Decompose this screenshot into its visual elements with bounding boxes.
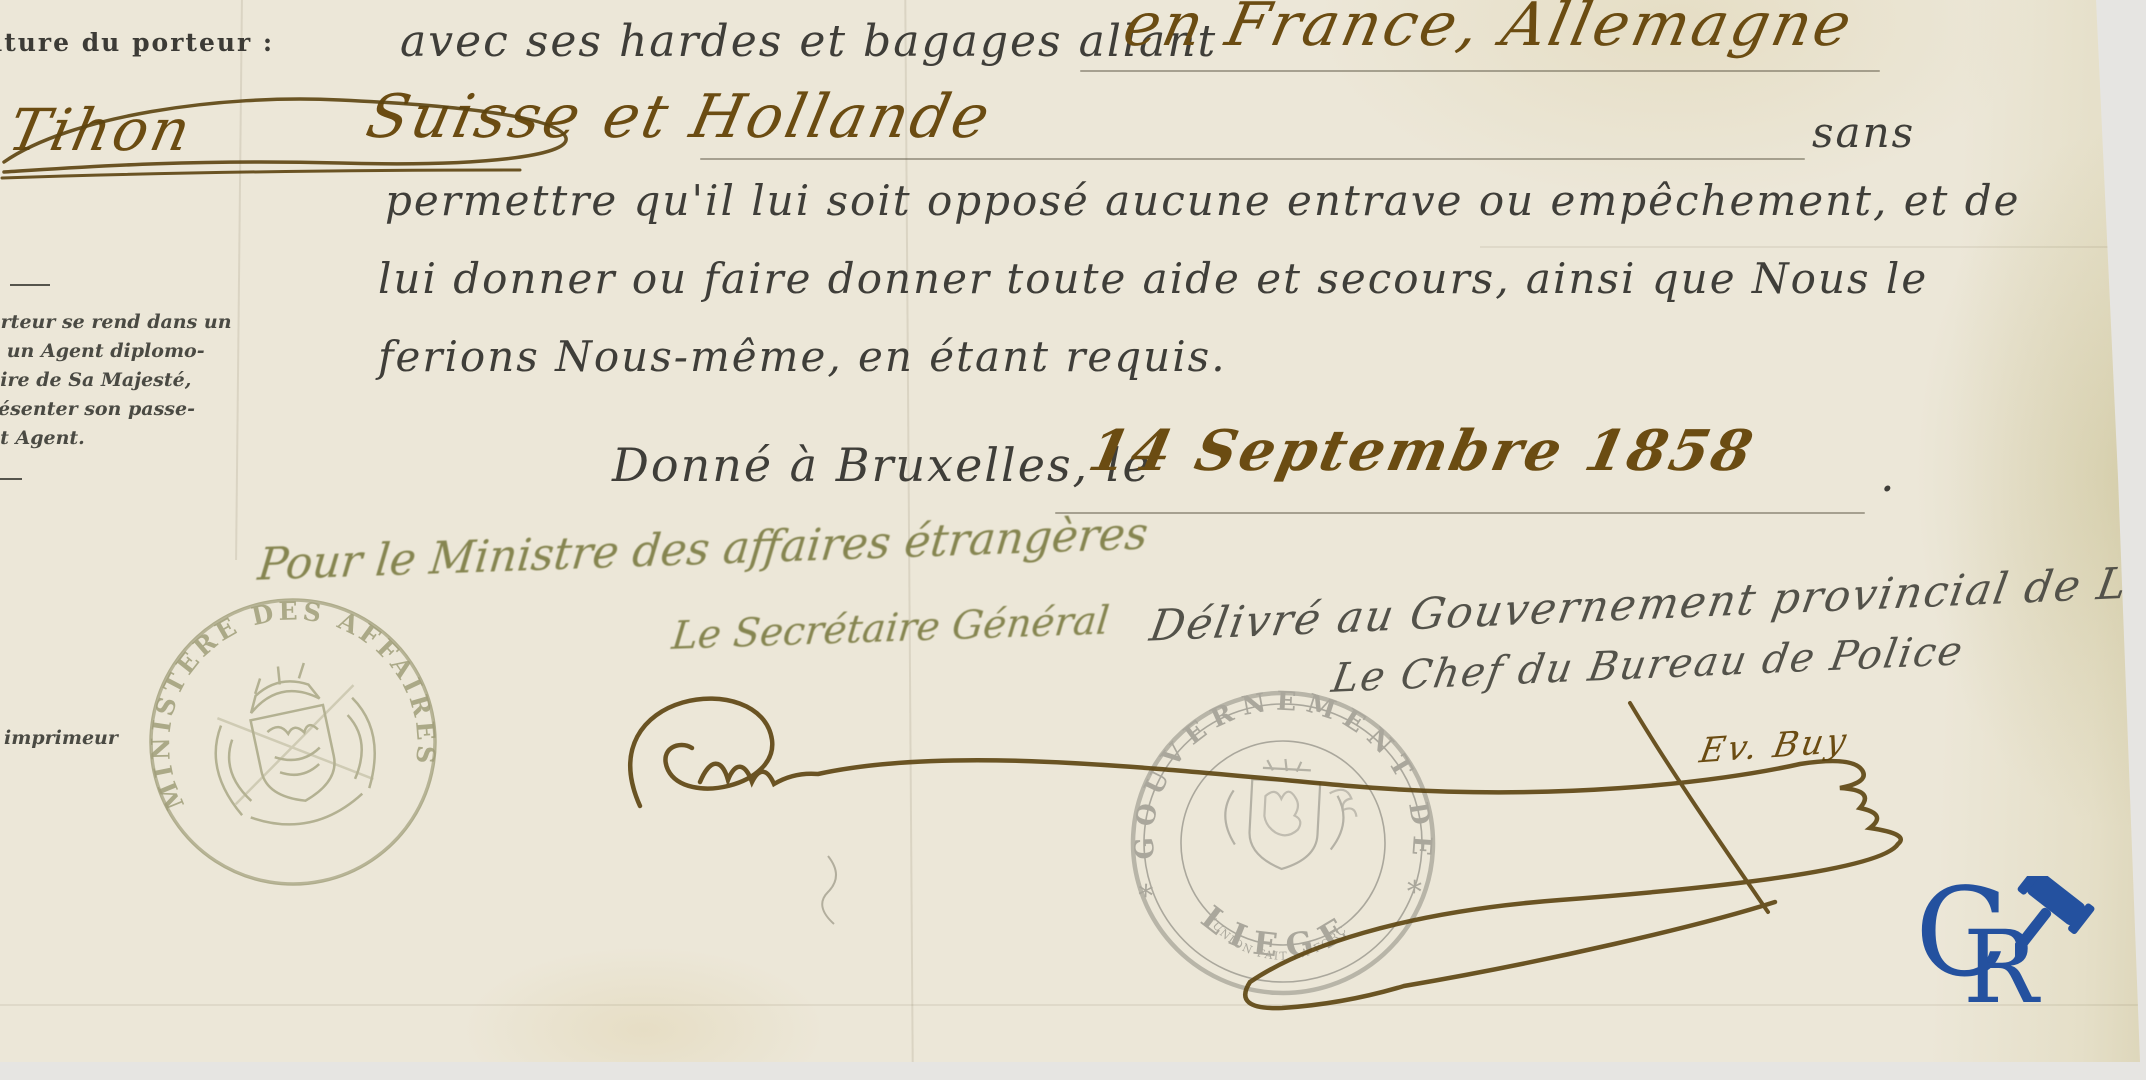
margin-note-line: aire de Sa Majesté,	[0, 366, 232, 395]
body-line2-printed: sans	[1812, 108, 1915, 157]
body-line2-handwritten: Suisse et Hollande	[361, 82, 999, 152]
body-line1-printed: avec ses hardes et bagages allant	[400, 16, 1217, 67]
margin-divider	[10, 284, 50, 286]
gavel-icon	[2015, 876, 2125, 976]
margin-note-line: e un Agent diplomo-	[0, 337, 232, 366]
dateline-handwritten: 14 Septembre 1858	[1083, 418, 1761, 484]
ruled-blank-line	[700, 158, 1805, 160]
fold-crease	[1480, 246, 2120, 248]
passport-document: ature du porteur : Tihon orteur se rend …	[0, 0, 2146, 1062]
body-line4: lui donner ou faire donner toute aide et…	[378, 254, 1928, 303]
dateline-period: .	[1880, 448, 1897, 502]
bearer-signature-label: ature du porteur :	[0, 28, 274, 57]
belgian-coat-of-arms	[199, 650, 388, 839]
svg-text:GOUVERNEMENT DE PROVINCE: GOUVERNEMENT DE PROVINCE	[1104, 664, 1446, 887]
liege-stamp-top-arc: GOUVERNEMENT DE PROVINCE	[1104, 664, 1446, 887]
photo-background: ature du porteur : Tihon orteur se rend …	[0, 0, 2146, 1080]
auction-logo: C R	[1915, 872, 2140, 1072]
dateline-printed: Donné à Bruxelles, le	[612, 438, 1152, 492]
bearer-signature: Tihon	[3, 96, 199, 164]
margin-note-line: orteur se rend dans un	[0, 308, 232, 337]
secretary-general-line: Le Secrétaire Général	[670, 598, 1112, 658]
delivery-note-line: Délivré au Gouvernement provincial de Li…	[1146, 554, 2146, 651]
ruled-blank-line	[1080, 70, 1880, 72]
body-line1-handwritten: en France, Allemagne	[1118, 0, 1861, 60]
margin-note-line: et Agent.	[0, 424, 232, 453]
printer-label: imprimeur	[4, 724, 118, 753]
margin-divider	[0, 478, 22, 480]
lion-shield-emblem	[1223, 756, 1360, 873]
star-icon: *	[1406, 875, 1423, 911]
ruled-blank-line	[1055, 512, 1865, 514]
margin-note-line: résenter son passe-	[0, 395, 232, 424]
liege-province-stamp: GOUVERNEMENT DE PROVINCE LIEGE L'UNION F…	[1104, 664, 1461, 1021]
ministry-stamp-rim-text: MINISTERE DES AFFAIRES ETRANGERES	[109, 558, 449, 832]
body-line3: permettre qu'il lui soit opposé aucune e…	[385, 176, 2021, 225]
pencil-squiggle	[822, 856, 836, 924]
police-chief-signature: Ev. Buy	[1697, 721, 1852, 772]
ministry-foreign-affairs-stamp: MINISTERE DES AFFAIRES ETRANGERES	[109, 558, 477, 926]
fold-crease	[0, 1004, 2146, 1006]
margin-note: orteur se rend dans un e un Agent diplom…	[0, 308, 232, 453]
svg-text:MINISTERE DES AFFAIRES ETRANGE: MINISTERE DES AFFAIRES ETRANGERES	[109, 558, 449, 832]
body-line5: ferions Nous-même, en étant requis.	[378, 332, 1227, 381]
fold-crease	[235, 0, 243, 560]
secretary-signature	[630, 699, 772, 806]
star-icon: *	[1137, 879, 1154, 915]
